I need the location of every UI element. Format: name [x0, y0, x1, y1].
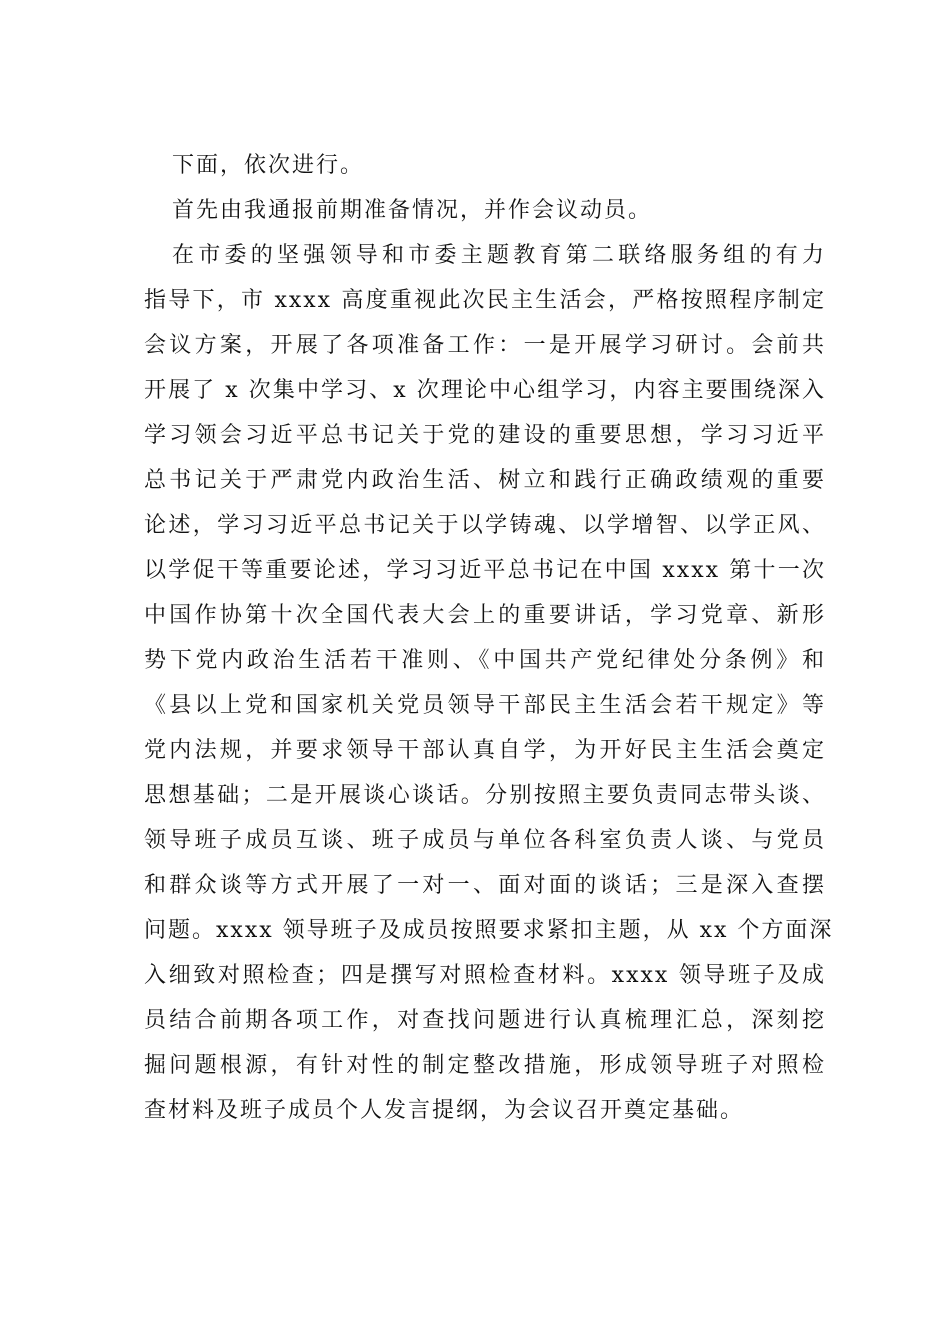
paragraph-3-line-13: 思想基础；二是开展谈心谈话。分别按照主要负责同志带头谈、	[144, 773, 826, 818]
paragraph-3-line-8: 以学促干等重要论述，学习习近平总书记在中国 xxxx 第十一次	[144, 548, 826, 593]
paragraph-3-line-18: 员结合前期各项工作，对查找问题进行认真梳理汇总，深刻挖	[144, 998, 826, 1043]
paragraph-3-line-15: 和群众谈等方式开展了一对一、面对面的谈话；三是深入查摆	[144, 863, 826, 908]
paragraph-1-line-1: 下面，依次进行。	[172, 143, 826, 188]
paragraph-3-line-14: 领导班子成员互谈、班子成员与单位各科室负责人谈、与党员	[144, 818, 826, 863]
paragraph-3-line-6: 总书记关于严肃党内政治生活、树立和践行正确政绩观的重要	[144, 458, 826, 503]
document-page: 下面，依次进行。 首先由我通报前期准备情况，并作会议动员。 在市委的坚强领导和市…	[0, 0, 950, 1344]
paragraph-3-line-10: 势下党内政治生活若干准则、《中国共产党纪律处分条例》和	[144, 638, 826, 683]
paragraph-3-line-11: 《县以上党和国家机关党员领导干部民主生活会若干规定》等	[144, 683, 826, 728]
paragraph-3-line-19: 掘问题根源，有针对性的制定整改措施，形成领导班子对照检	[144, 1043, 826, 1088]
paragraph-3-line-12: 党内法规，并要求领导干部认真自学，为开好民主生活会奠定	[144, 728, 826, 773]
paragraph-3-line-7: 论述，学习习近平总书记关于以学铸魂、以学增智、以学正风、	[144, 503, 826, 548]
paragraph-3-line-3: 会议方案，开展了各项准备工作：一是开展学习研讨。会前共	[144, 323, 826, 368]
paragraph-3-line-1: 在市委的坚强领导和市委主题教育第二联络服务组的有力	[172, 233, 826, 278]
paragraph-2-line-1: 首先由我通报前期准备情况，并作会议动员。	[172, 188, 826, 233]
paragraph-3-line-20: 查材料及班子成员个人发言提纲，为会议召开奠定基础。	[144, 1088, 826, 1133]
paragraph-3-line-17: 入细致对照检查；四是撰写对照检查材料。xxxx 领导班子及成	[144, 953, 826, 998]
paragraph-3-line-5: 学习领会习近平总书记关于党的建设的重要思想，学习习近平	[144, 413, 826, 458]
paragraph-3-line-16: 问题。xxxx 领导班子及成员按照要求紧扣主题，从 xx 个方面深	[144, 908, 826, 953]
paragraph-3-line-9: 中国作协第十次全国代表大会上的重要讲话，学习党章、新形	[144, 593, 826, 638]
paragraph-3-line-4: 开展了 x 次集中学习、x 次理论中心组学习，内容主要围绕深入	[144, 368, 826, 413]
paragraph-3-line-2: 指导下，市 xxxx 高度重视此次民主生活会，严格按照程序制定	[144, 278, 826, 323]
